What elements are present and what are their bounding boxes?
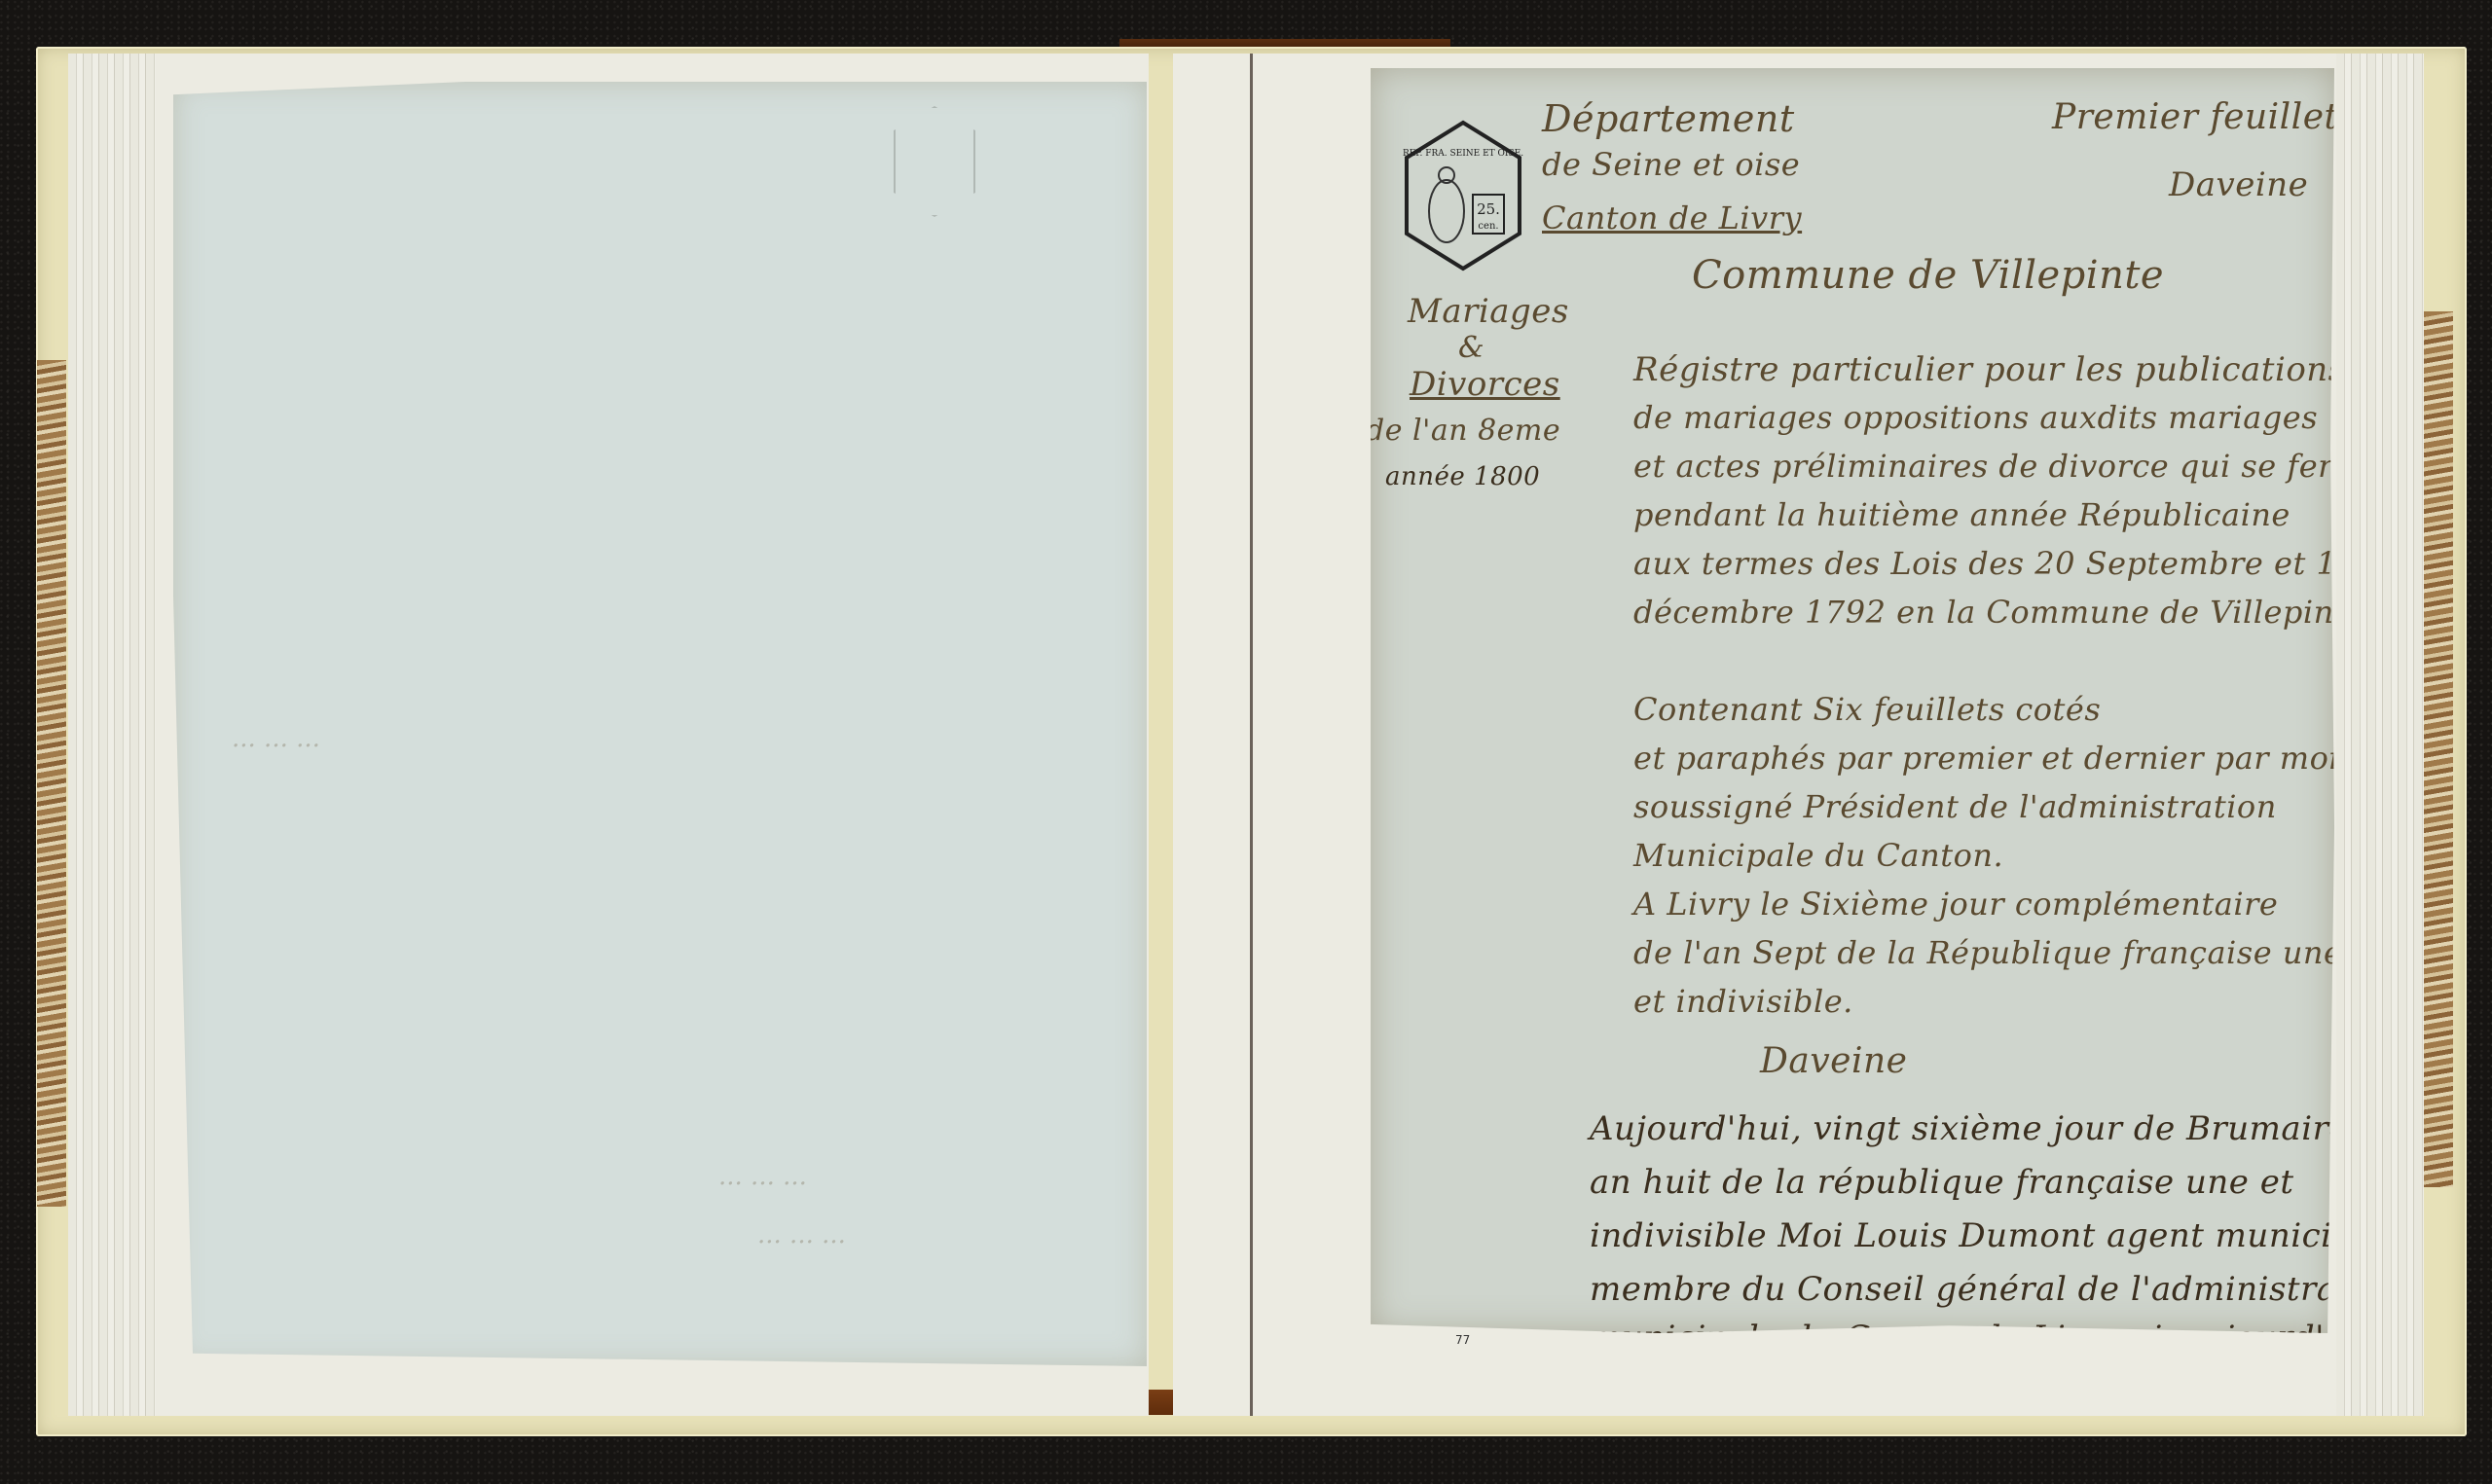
certification-line: Contenant Six feuillets cotés	[1633, 691, 2101, 728]
marbled-endpaper-left	[37, 360, 66, 1207]
certification-line: de l'an Sept de la République française …	[1633, 934, 2342, 971]
title-line: et actes préliminaires de divorce qui se…	[1633, 448, 2386, 485]
certification-line: et paraphés par premier et dernier par m…	[1633, 740, 2339, 777]
title-line: Régistre particulier pour les publicatio…	[1633, 350, 2346, 389]
entry-line: indivisible Moi Louis Dumont agent munic…	[1590, 1216, 2385, 1255]
commune-title: Commune de Villepinte	[1692, 253, 2164, 298]
hexagon-stamp-icon: 25. cen. REP. FRA. SEINE ET OISE.	[1403, 119, 1523, 272]
folio-number: 77	[1455, 1333, 1470, 1347]
marbled-endpaper-right	[2424, 311, 2453, 1187]
book-gutter	[1250, 54, 1253, 1416]
entry-line: membre du Conseil général de l'administr…	[1590, 1270, 2404, 1309]
tax-stamp: 25. cen. REP. FRA. SEINE ET OISE.	[1403, 119, 1523, 272]
svg-text:25.: 25.	[1477, 200, 1500, 218]
title-line: décembre 1792 en la Commune de Villepint…	[1633, 594, 2376, 631]
certification-line: A Livry le Sixième jour complémentaire	[1633, 886, 2278, 923]
header-department-name: de Seine et oise	[1542, 146, 1800, 183]
certification-line: soussigné Président de l'administration	[1633, 788, 2277, 825]
bleed-through-line: ... ... ...	[232, 724, 320, 753]
right-page-edges	[2336, 54, 2424, 1416]
title-line: aux termes des Lois des 20 Septembre et …	[1633, 545, 2357, 582]
margin-note-line: Divorces	[1410, 365, 1560, 404]
left-page-edges	[68, 54, 156, 1416]
left-page: ... ... ... ... ... ... ... ... ...	[173, 82, 1147, 1366]
svg-text:cen.: cen.	[1478, 221, 1498, 232]
entry-line: Aujourd'hui, vingt sixième jour de Bruma…	[1590, 1109, 2349, 1148]
svg-text:REP. FRA. SEINE ET OISE.: REP. FRA. SEINE ET OISE.	[1403, 149, 1523, 159]
header-premier-feuillet: Premier feuillet	[2052, 97, 2338, 137]
margin-note-line: &	[1458, 331, 1484, 365]
header-signature: Daveine	[2169, 165, 2308, 204]
entry-line: an huit de la république française une e…	[1590, 1163, 2293, 1202]
certification-line: et indivisible.	[1633, 983, 1853, 1020]
bleed-through-line: ... ... ...	[718, 1162, 807, 1191]
header-canton: Canton de Livry	[1542, 199, 1802, 236]
title-line: de mariages oppositions auxdits mariages	[1633, 399, 2318, 436]
right-page: 25. cen. REP. FRA. SEINE ET OISE. Départ…	[1371, 68, 2334, 1333]
header-department: Département	[1542, 97, 1795, 140]
faint-stamp-impression	[894, 106, 975, 217]
title-line: pendant la huitième année Républicaine	[1633, 496, 2290, 533]
certification-line: Municipale du Canton.	[1633, 837, 2003, 874]
margin-note-line: Mariages	[1408, 292, 1569, 331]
signature-daveine: Daveine	[1760, 1041, 1907, 1081]
margin-note-year: année 1800	[1385, 462, 1540, 491]
bleed-through-line: ... ... ...	[757, 1220, 846, 1249]
margin-note-line: de l'an 8eme	[1366, 414, 1560, 448]
